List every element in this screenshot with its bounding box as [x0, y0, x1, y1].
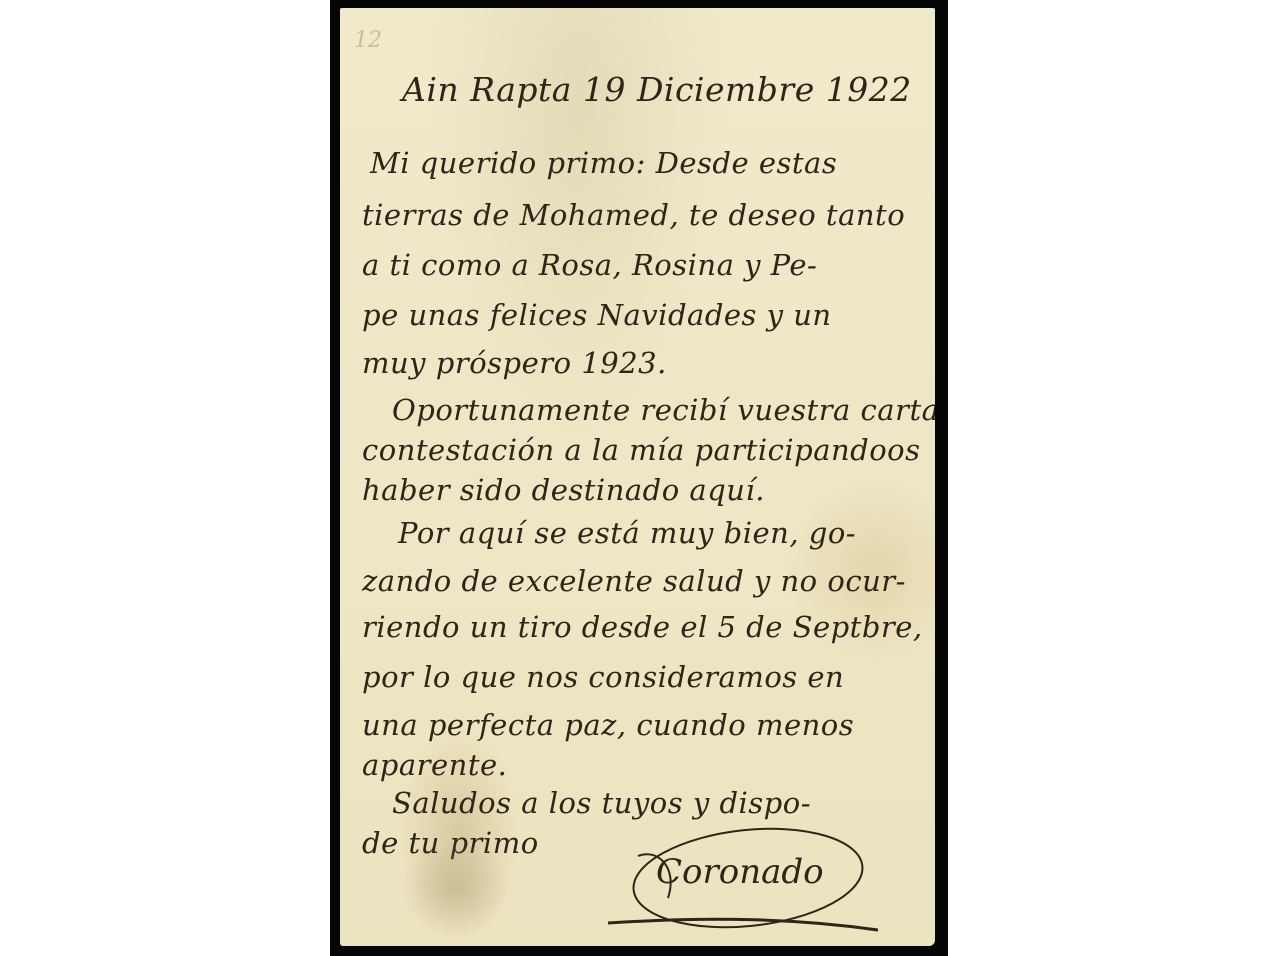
paper-stain: [400, 838, 510, 938]
postcard: 12 Ain Rapta 19 Diciembre 1922 Mi querid…: [340, 8, 935, 946]
letter-line: muy próspero 1923.: [362, 346, 667, 380]
letter-line: a ti como a Rosa, Rosina y Pe-: [362, 248, 817, 282]
letter-line: una perfecta paz, cuando menos: [362, 708, 854, 742]
letter-line: pe unas felices Navidades y un: [362, 298, 832, 332]
letter-line: contestación a la mía participandoos: [362, 433, 921, 467]
pencil-mark: 12: [354, 28, 382, 53]
letter-line: Saludos a los tuyos y dispo-: [392, 786, 811, 820]
letter-line: aparente.: [362, 748, 507, 782]
letter-line: Por aquí se está muy bien, go-: [398, 516, 856, 550]
letter-line: tierras de Mohamed, te deseo tanto: [362, 198, 905, 232]
letter-line: haber sido destinado aquí.: [362, 473, 765, 507]
signature-name: Coronado: [656, 852, 824, 892]
letter-line: Mi querido primo: Desde estas: [370, 146, 837, 180]
letter-line: Oportunamente recibí vuestra carta: [392, 393, 935, 427]
letter-line: por lo que nos consideramos en: [362, 660, 844, 694]
signature: Coronado: [608, 818, 878, 946]
letter-line: riendo un tiro desde el 5 de Septbre,: [362, 610, 923, 644]
letter-line: zando de excelente salud y no ocur-: [362, 564, 906, 598]
scan-frame: 12 Ain Rapta 19 Diciembre 1922 Mi querid…: [330, 0, 948, 956]
dateline: Ain Rapta 19 Diciembre 1922: [402, 70, 912, 109]
